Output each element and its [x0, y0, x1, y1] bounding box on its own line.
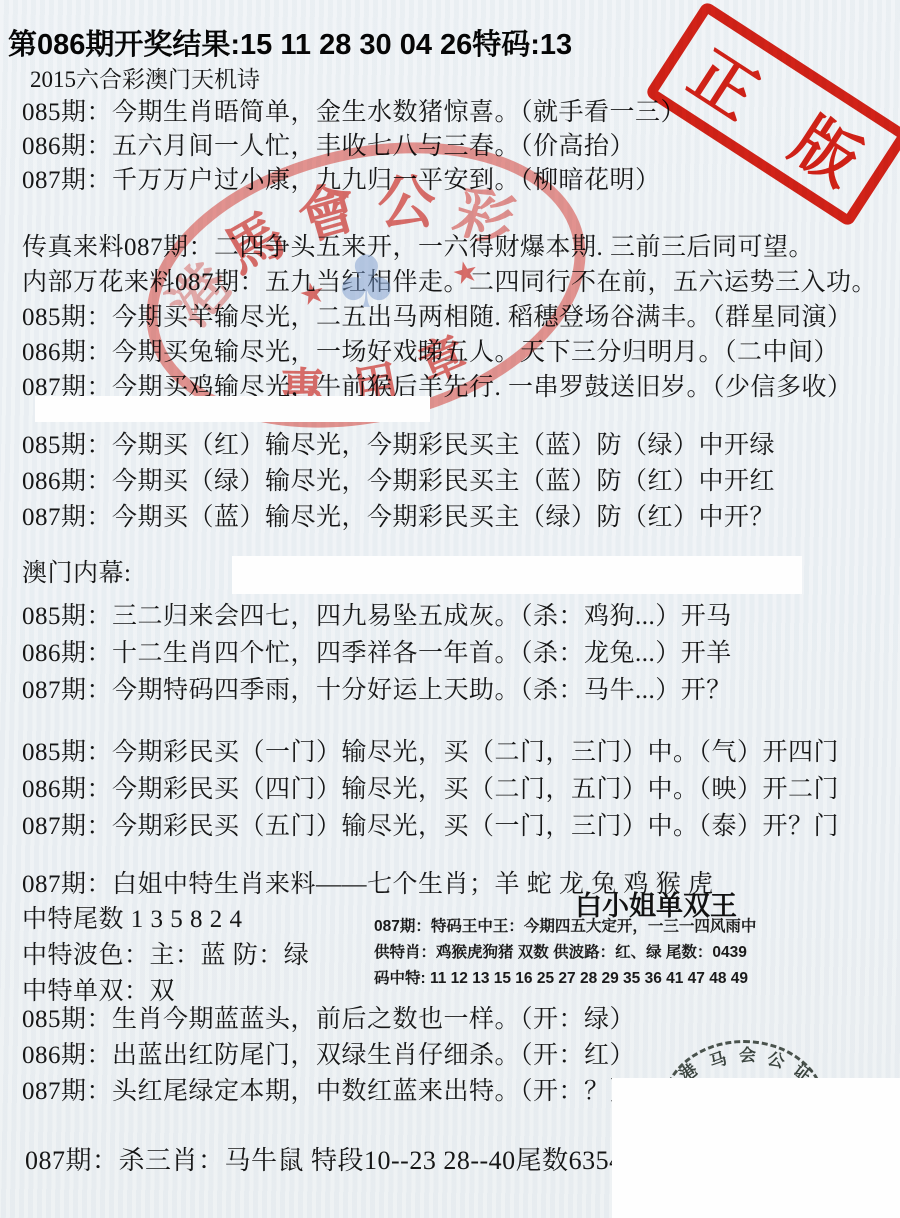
kill-three-zodiac-line: 087期：杀三肖：马牛鼠 特段10--23 28--40尾数635478 — [25, 1140, 650, 1177]
macau-line: 087期：今期特码四季雨，十分好运上天助。（杀：马牛...）开？ — [22, 672, 732, 709]
wave-color-line: 中特波色：主：蓝 防：绿 — [22, 938, 309, 974]
poem-title: 2015六合彩澳门天机诗 — [22, 64, 686, 96]
stamp-char: 会 — [739, 1041, 757, 1067]
draw-result-header: 第086期开奖结果:15 11 28 30 04 26特码:13 — [8, 22, 572, 63]
door-line: 085期：今期彩民买（一门）输尽光，买（二门，三门）中。（气）开四门 — [22, 734, 839, 771]
macau-line: 085期：三二归来会四七，四九易坠五成灰。（杀：鸡狗...）开马 — [22, 598, 732, 635]
color-tip-line: 086期：今期买（绿）输尽光，今期彩民买主（蓝）防（红）中开红 — [22, 464, 775, 500]
stamp-char: 章 — [407, 318, 475, 397]
stamp-char: 彩 — [446, 164, 526, 261]
stamp-char: 正 — [674, 25, 778, 137]
whiteout-rect — [232, 556, 802, 594]
stamp-char: 马 — [705, 1044, 729, 1073]
tail-numbers-line: 中特尾数 1 3 5 8 2 4 — [22, 902, 309, 938]
baixiaojie-line: 码中特: 11 12 13 15 16 25 27 28 29 35 36 41… — [374, 966, 756, 992]
color-tip-line: 085期：今期买（红）输尽光，今期彩民买主（蓝）防（绿）中开绿 — [22, 428, 775, 464]
baixiaojie-line: 供特肖：鸡猴虎狗猪 双数 供波路：红、绿 尾数：0439 — [374, 940, 756, 966]
macau-line: 086期：十二生肖四个忙，四季祥各一年首。（杀：龙兔...）开羊 — [22, 635, 732, 672]
door-line: 087期：今期彩民买（五门）输尽光，买（一门，三门）中。（泰）开？门 — [22, 808, 839, 845]
baixiaojie-column: 087期：特码王中王：今期四五大定开，一三一四风雨中 供特肖：鸡猴虎狗猪 双数 … — [374, 914, 756, 992]
stamp-char: 公 — [765, 1044, 788, 1073]
color-tip-line: 087期：今期买（蓝）输尽光，今期彩民买主（绿）防（红）中开？ — [22, 500, 775, 536]
zodiac-line: 087期：头红尾绿定本期，中数红蓝来出特。（开：？） — [22, 1074, 635, 1110]
whiteout-rect — [35, 396, 430, 422]
stamp-star-icon: ★ — [298, 277, 327, 311]
baixiaojie-line: 087期：特码王中王：今期四五大定开，一三一四风雨中 — [374, 914, 756, 940]
poem-line: 085期：今期生肖晤简单，金生水数猪惊喜。（就手看一三） — [22, 96, 686, 130]
door-line: 086期：今期彩民买（四门）输尽光，买（二门，五门）中。（映）开二门 — [22, 771, 839, 808]
baijie-left-column: 中特尾数 1 3 5 8 2 4 中特波色：主：蓝 防：绿 中特单双：双 — [22, 902, 309, 1010]
stamp-char: 會 — [287, 160, 366, 257]
doors-section: 085期：今期彩民买（一门）输尽光，买（二门，三门）中。（气）开四门 086期：… — [22, 734, 839, 845]
stamp-star-icon: ★ — [451, 256, 480, 290]
lottery-sheet-page: 第086期开奖结果:15 11 28 30 04 26特码:13 2015六合彩… — [0, 0, 900, 1218]
zodiac-color-section: 085期：生肖今期蓝蓝头，前后之数也一样。（开：绿） 086期：出蓝出红防尾门，… — [22, 1002, 635, 1110]
stamp-char: 版 — [777, 91, 881, 203]
color-tips-section: 085期：今期买（红）输尽光，今期彩民买主（蓝）防（绿）中开绿 086期：今期买… — [22, 428, 775, 536]
zodiac-line: 086期：出蓝出红防尾门，双绿生肖仔细杀。（开：红） — [22, 1038, 635, 1074]
stamp-char: 公 — [377, 155, 436, 240]
whiteout-rect — [612, 1078, 900, 1218]
zodiac-line: 085期：生肖今期蓝蓝头，前后之数也一样。（开：绿） — [22, 1002, 635, 1038]
